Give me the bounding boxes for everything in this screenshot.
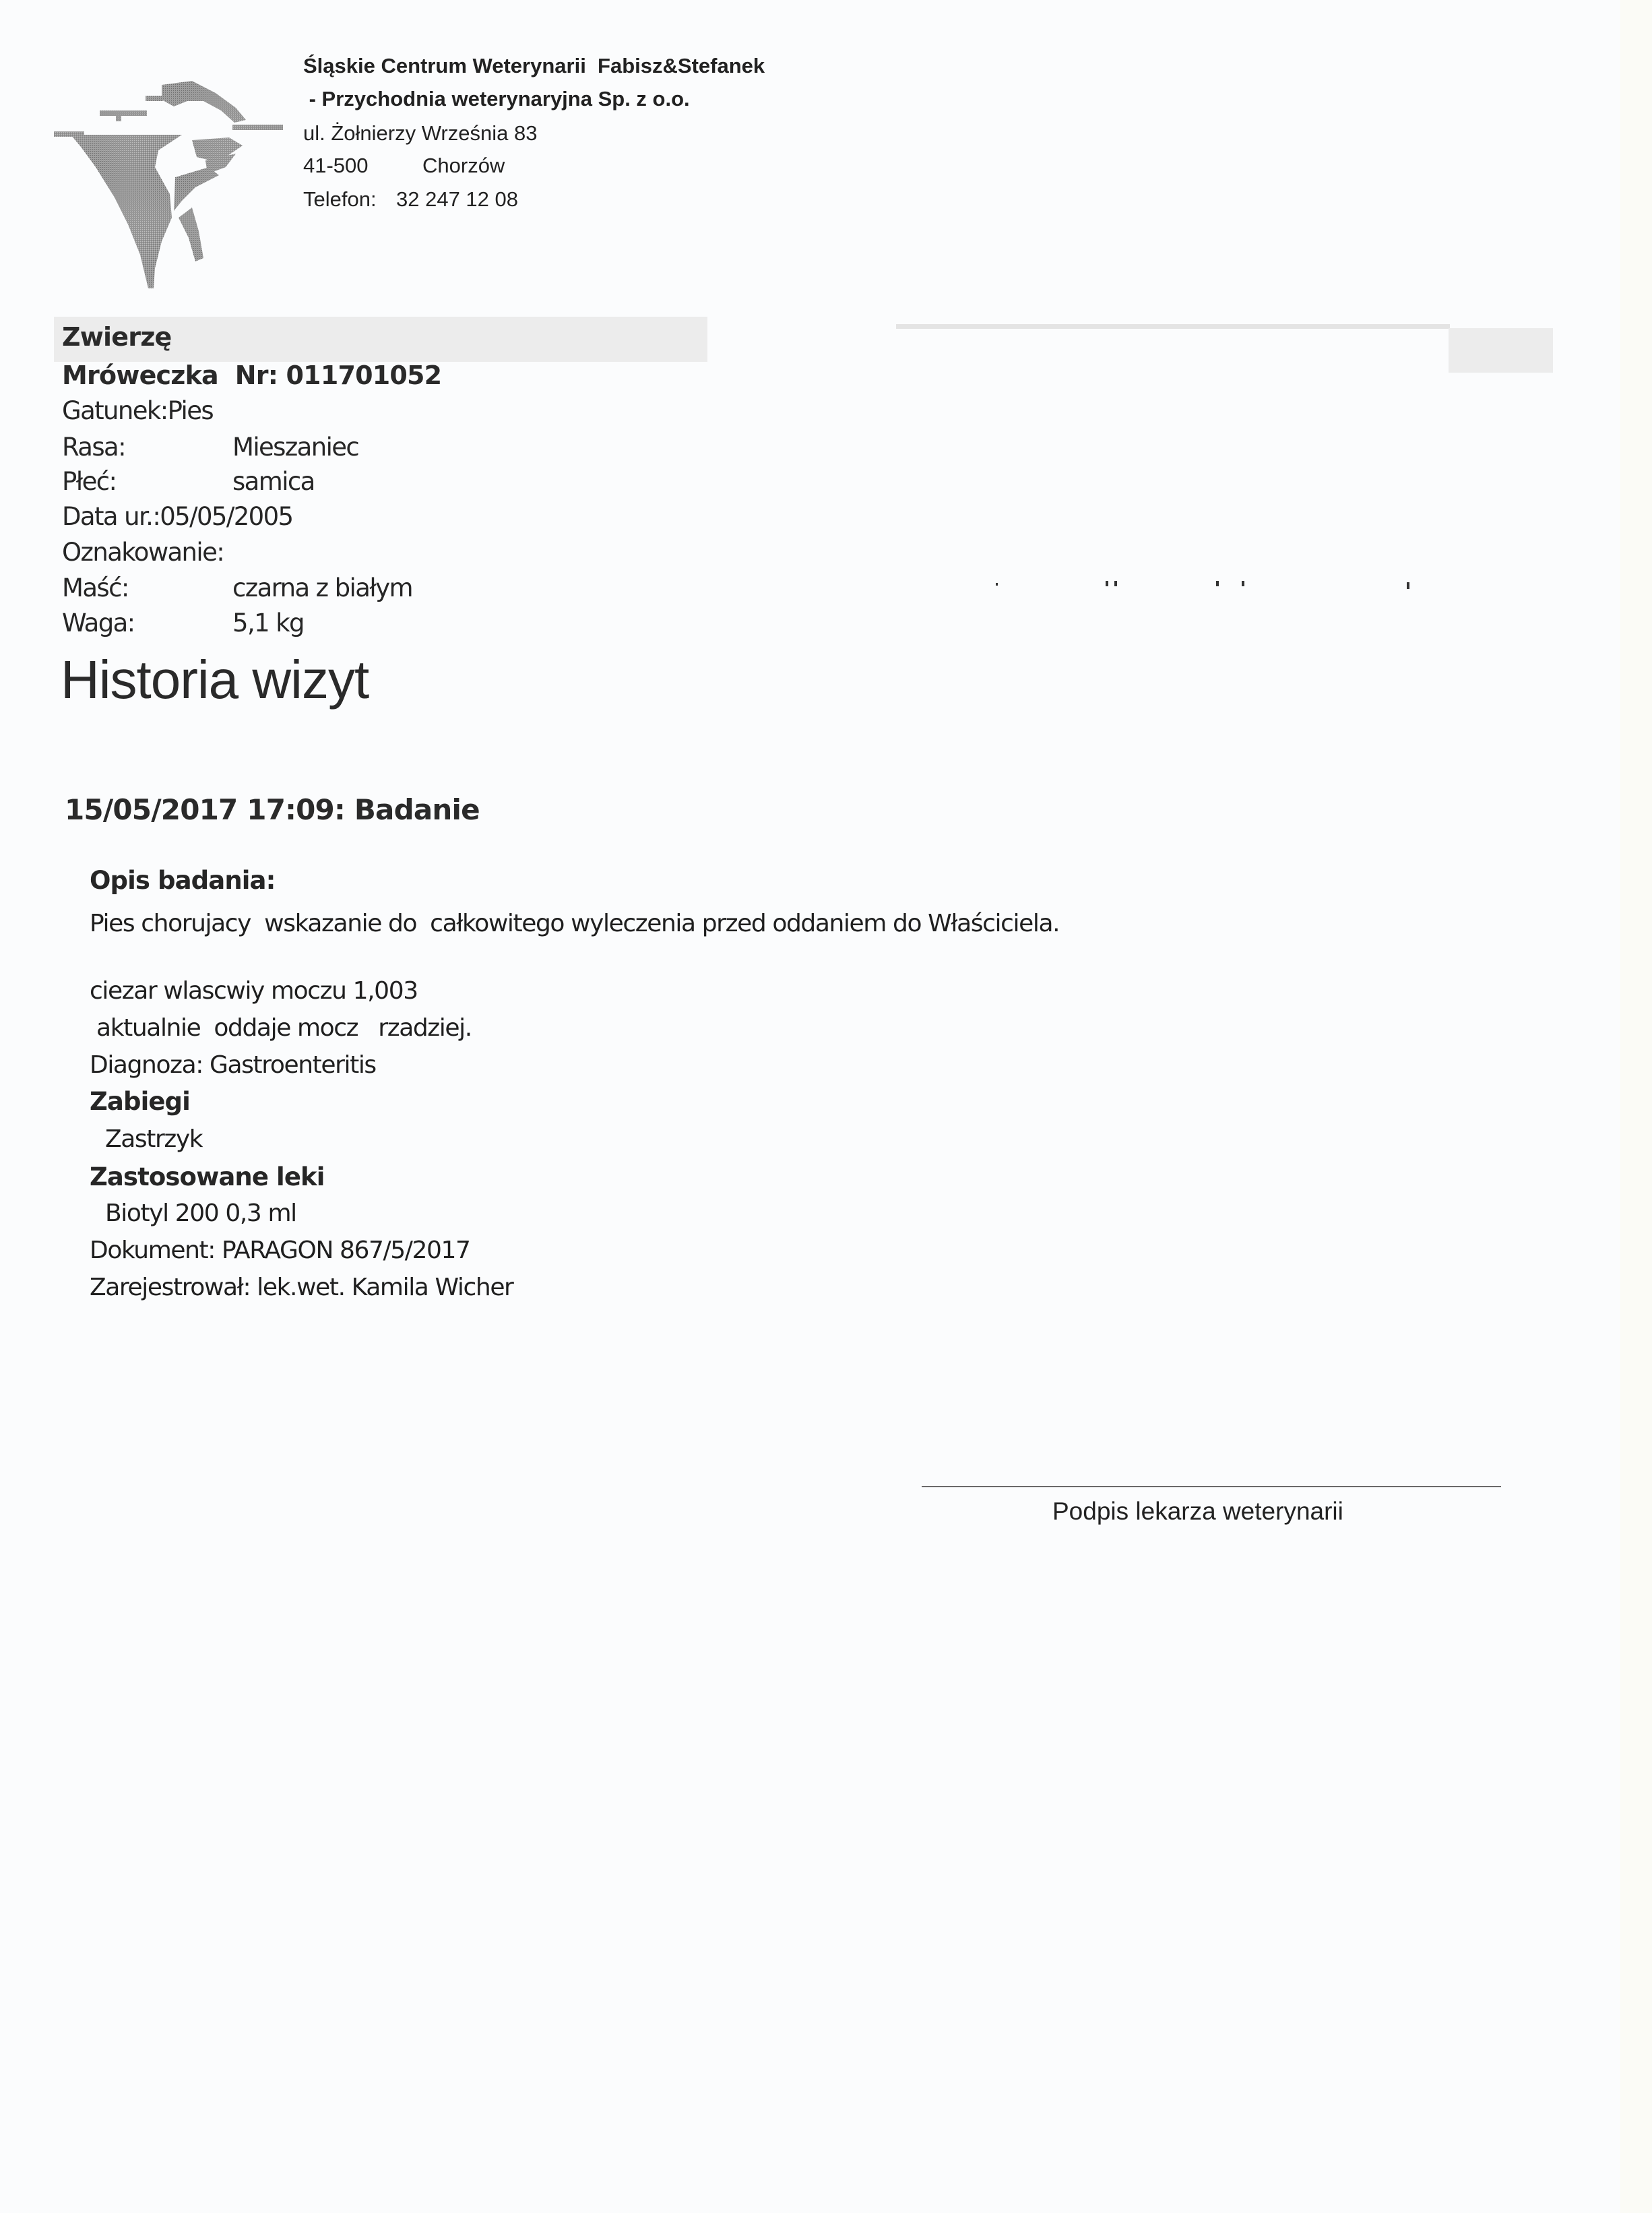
scan-speck [1242, 581, 1244, 586]
animal-marking-row: Oznakowanie: [62, 538, 224, 567]
species-value: Pies [168, 396, 213, 425]
color-label: Maść: [62, 573, 129, 602]
clinic-subtitle: - Przychodnia weterynaryjna Sp. z o.o. [303, 87, 690, 111]
birth-value: 05/05/2005 [160, 502, 292, 531]
diagnosis-value: Gastroenteritis [210, 1051, 376, 1079]
scan-speck [1407, 582, 1409, 589]
header-band-right-box [1449, 328, 1553, 373]
diagnosis-label: Diagnoza: [90, 1051, 203, 1079]
animal-sex-row: Płeć:samica [62, 467, 601, 496]
animal-color-row: Maść:czarna z białym [62, 573, 601, 602]
registered-by-row: Zarejestrował: lek.wet. Kamila Wicher [90, 1274, 513, 1301]
color-value: czarna z białym [232, 573, 412, 602]
clinic-city: Chorzów [422, 154, 505, 178]
description-line: Pies chorujacy wskazanie do całkowitego … [90, 910, 1059, 937]
clinic-phone-label: Telefon: [303, 187, 377, 212]
scan-speck [1216, 581, 1219, 586]
sex-value: samica [232, 467, 315, 496]
veterinary-logo-icon [54, 66, 283, 288]
animal-name: Mróweczka [62, 361, 218, 390]
history-title: Historia wizyt [61, 649, 369, 711]
animal-number-label: Nr: [235, 361, 278, 390]
description-line: aktualnie oddaje mocz rzadziej. [90, 1014, 472, 1042]
signature-line [922, 1486, 1501, 1487]
clinic-postal-code: 41-500 [303, 154, 369, 178]
document-row: Dokument: PARAGON 867/5/2017 [90, 1237, 470, 1264]
scan-speck [1114, 581, 1117, 586]
animal-number: 011701052 [286, 361, 442, 390]
weight-value: 5,1 kg [232, 609, 304, 637]
animal-breed-row: Rasa:Mieszaniec [62, 433, 601, 462]
animal-name-row: Mróweczka Nr: 011701052 [62, 361, 441, 390]
visit-datetime: 15/05/2017 17:09 [65, 793, 334, 826]
animal-weight-row: Waga:5,1 kg [62, 609, 601, 637]
clinic-name: Śląskie Centrum Weterynarii Fabisz&Stefa… [303, 54, 765, 78]
drugs-label: Zastosowane leki [90, 1162, 325, 1191]
page-edge [1620, 0, 1652, 2213]
diagnosis-row: Diagnoza: Gastroenteritis [90, 1051, 376, 1079]
description-label: Opis badania: [90, 866, 276, 895]
clinic-street: ul. Żołnierzy Września 83 [303, 121, 537, 146]
birth-label: Data ur.: [62, 502, 160, 531]
breed-value: Mieszaniec [232, 433, 358, 462]
registered-by-label: Zarejestrował: [90, 1274, 250, 1301]
procedures-label: Zabiegi [90, 1087, 190, 1116]
description-line: ciezar wlascwiy moczu 1,003 [90, 977, 418, 1005]
header-band-right-line [896, 324, 1450, 329]
animal-section-title: Zwierzę [62, 322, 172, 352]
visit-type: Badanie [354, 793, 480, 826]
scan-speck [1106, 581, 1108, 586]
registered-by-value: lek.wet. Kamila Wicher [257, 1274, 513, 1301]
scan-speck [996, 583, 998, 586]
marking-label: Oznakowanie: [62, 538, 224, 567]
species-label: Gatunek: [62, 396, 168, 425]
drug-item: Biotyl 200 0,3 ml [105, 1199, 296, 1227]
breed-label: Rasa: [62, 433, 125, 462]
procedure-item: Zastrzyk [105, 1125, 202, 1153]
document-value: PARAGON 867/5/2017 [222, 1237, 470, 1264]
animal-birth-row: Data ur.:05/05/2005 [62, 502, 292, 531]
sex-label: Płeć: [62, 467, 116, 496]
weight-label: Waga: [62, 609, 135, 637]
visit-header: 15/05/2017 17:09: Badanie [65, 793, 480, 826]
document-label: Dokument: [90, 1237, 215, 1264]
animal-species-row: Gatunek:Pies [62, 396, 213, 425]
clinic-phone: 32 247 12 08 [396, 187, 518, 212]
signature-label: Podpis lekarza weterynarii [1052, 1497, 1343, 1526]
